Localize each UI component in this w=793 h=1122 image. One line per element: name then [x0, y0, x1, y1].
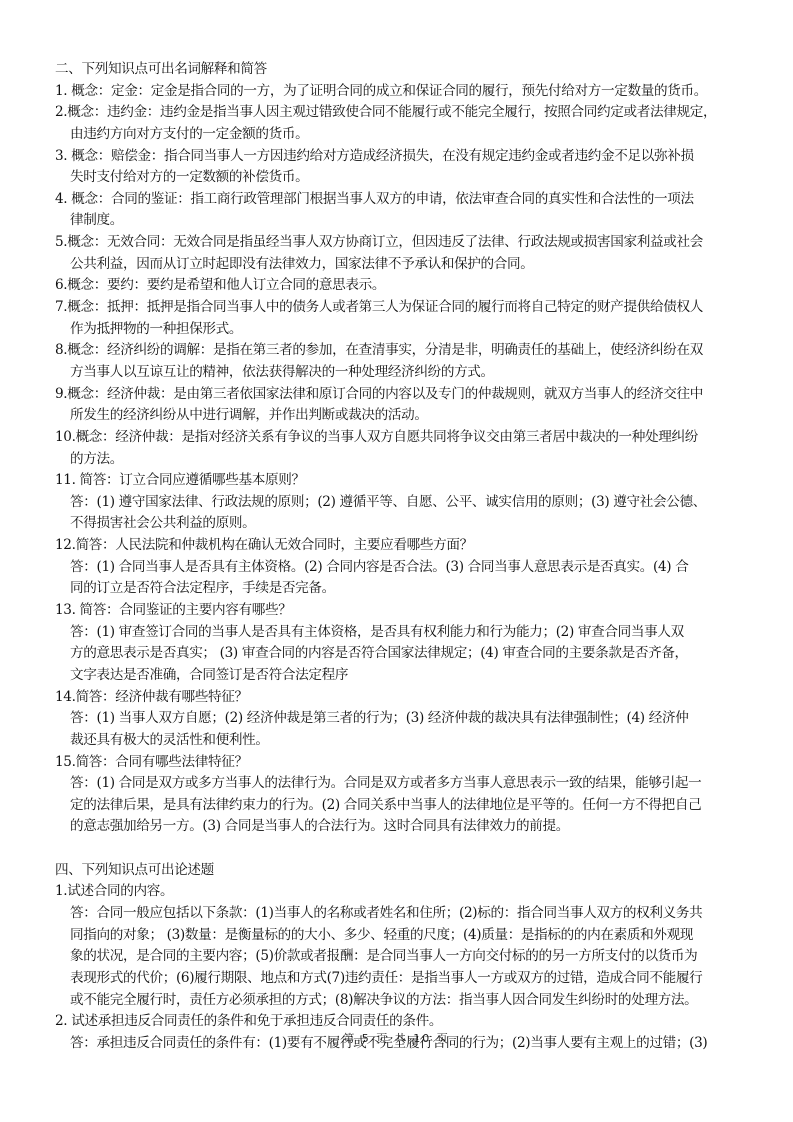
text-line: 12.简答：人民法院和仲裁机构在确认无效合同时，主要应看哪些方面？ — [55, 535, 750, 557]
text-line: 6.概念：要约：要约是希望和他人订立合同的意思表示。 — [55, 275, 750, 297]
document-page: 二、下列知识点可出名词解释和简答 1. 概念：定金：定金是指合同的一方，为了证明… — [0, 0, 793, 1122]
text-line: 由违约方向对方支付的一定金额的货币。 — [55, 124, 750, 146]
text-line: 10.概念：经济仲裁：是指对经济关系有争议的当事人双方自愿共同将争议交由第三者居… — [55, 427, 750, 449]
text-line: 不得损害社会公共利益的原则。 — [55, 513, 750, 535]
text-line: 失时支付给对方的一定数额的补偿货币。 — [55, 167, 750, 189]
text-line: 7.概念：抵押：抵押是指合同当事人中的债务人或者第三人为保证合同的履行而将自己特… — [55, 297, 750, 319]
text-line: 答：(1) 当事人双方自愿；(2) 经济仲裁是第三者的行为；(3) 经济仲裁的裁… — [55, 708, 750, 730]
page-footer: 第 5 页 共 10 页 — [0, 1030, 793, 1046]
text-line: 答：(1) 审查签订合同的当事人是否具有主体资格，是否具有权利能力和行为能力；(… — [55, 622, 750, 644]
section-2-body: 1. 概念：定金：定金是指合同的一方，为了证明合同的成立和保证合同的履行，预先付… — [55, 81, 750, 838]
text-line: 5.概念：无效合同：无效合同是指虽经当事人双方协商订立，但因违反了法律、行政法规… — [55, 232, 750, 254]
text-line: 裁还具有极大的灵活性和便利性。 — [55, 730, 750, 752]
text-line: 3. 概念：赔偿金：指合同当事人一方因违约给对方造成经济损失，在没有规定违约金或… — [55, 146, 750, 168]
text-line: 作为抵押物的一种担保形式。 — [55, 319, 750, 341]
text-line: 定的法律后果，是具有法律约束力的行为。(2) 合同关系中当事人的法律地位是平等的… — [55, 795, 750, 817]
blank-line — [55, 838, 750, 860]
text-line: 答：(1) 合同是双方或多方当事人的法律行为。合同是双方或者多方当事人意思表示一… — [55, 773, 750, 795]
text-line: 同的订立是否符合法定程序，手续是否完备。 — [55, 578, 750, 600]
text-line: 文字表达是否准确，合同签订是否符合法定程序 — [55, 665, 750, 687]
text-line: 1. 概念：定金：定金是指合同的一方，为了证明合同的成立和保证合同的履行，预先付… — [55, 81, 750, 103]
text-line: 4. 概念：合同的鉴证：指工商行政管理部门根据当事人双方的申请，依法审查合同的真… — [55, 189, 750, 211]
text-line: 11. 简答：订立合同应遵循哪些基本原则？ — [55, 470, 750, 492]
section-heading: 四、下列知识点可出论述题 — [55, 860, 750, 882]
text-line: 的方法。 — [55, 449, 750, 471]
section-heading: 二、下列知识点可出名词解释和简答 — [55, 59, 750, 81]
text-line: 8.概念：经济纠纷的调解：是指在第三者的参加，在查清事实，分清是非，明确责任的基… — [55, 340, 750, 362]
text-line: 13. 简答：合同鉴证的主要内容有哪些？ — [55, 600, 750, 622]
text-line: 或不能完全履行时，责任方必须承担的方式；(8)解决争议的方法：指当事人因合同发生… — [55, 990, 750, 1012]
text-line: 9.概念：经济仲裁：是由第三者依国家法律和原订合同的内容以及专门的仲裁规则，就双… — [55, 384, 750, 406]
text-line: 方当事人以互谅互让的精神，依法获得解决的一种处理经济纠纷的方式。 — [55, 362, 750, 384]
text-line: 同指向的对象； (3)数量：是衡量标的的大小、多少、轻重的尺度；(4)质量：是指… — [55, 925, 750, 947]
text-line: 答：合同一般应包括以下条款：(1)当事人的名称或者姓名和住所；(2)标的：指合同… — [55, 903, 750, 925]
section-4-body: 1.试述合同的内容。答：合同一般应包括以下条款：(1)当事人的名称或者姓名和住所… — [55, 881, 750, 1054]
text-line: 律制度。 — [55, 210, 750, 232]
text-line: 方的意思表示是否真实； (3) 审查合同的内容是否符合国家法律规定；(4) 审查… — [55, 643, 750, 665]
text-line: 答：(1) 合同当事人是否具有主体资格。(2) 合同内容是否合法。(3) 合同当… — [55, 557, 750, 579]
text-line: 1.试述合同的内容。 — [55, 881, 750, 903]
text-line: 公共利益，因而从订立时起即没有法律效力，国家法律不予承认和保护的合同。 — [55, 254, 750, 276]
text-line: 表现形式的代价；(6)履行期限、地点和方式(7)违约责任：是指当事人一方或双方的… — [55, 968, 750, 990]
text-line: 2.概念：违约金：违约金是指当事人因主观过错致使合同不能履行或不能完全履行，按照… — [55, 102, 750, 124]
text-line: 所发生的经济纠纷从中进行调解，并作出判断或裁决的活动。 — [55, 405, 750, 427]
text-line: 的意志强加给另一方。(3) 合同是当事人的合法行为。这时合同具有法律效力的前提。 — [55, 816, 750, 838]
text-line: 15.简答：合同有哪些法律特征？ — [55, 752, 750, 774]
text-line: 14.简答：经济仲裁有哪些特征？ — [55, 687, 750, 709]
page-content: 二、下列知识点可出名词解释和简答 1. 概念：定金：定金是指合同的一方，为了证明… — [55, 59, 750, 1054]
text-line: 象的状况，是合同的主要内容；(5)价款或者报酬：是合同当事人一方向交付标的的另一… — [55, 946, 750, 968]
text-line: 答：(1) 遵守国家法律、行政法规的原则；(2) 遵循平等、自愿、公平、诚实信用… — [55, 492, 750, 514]
